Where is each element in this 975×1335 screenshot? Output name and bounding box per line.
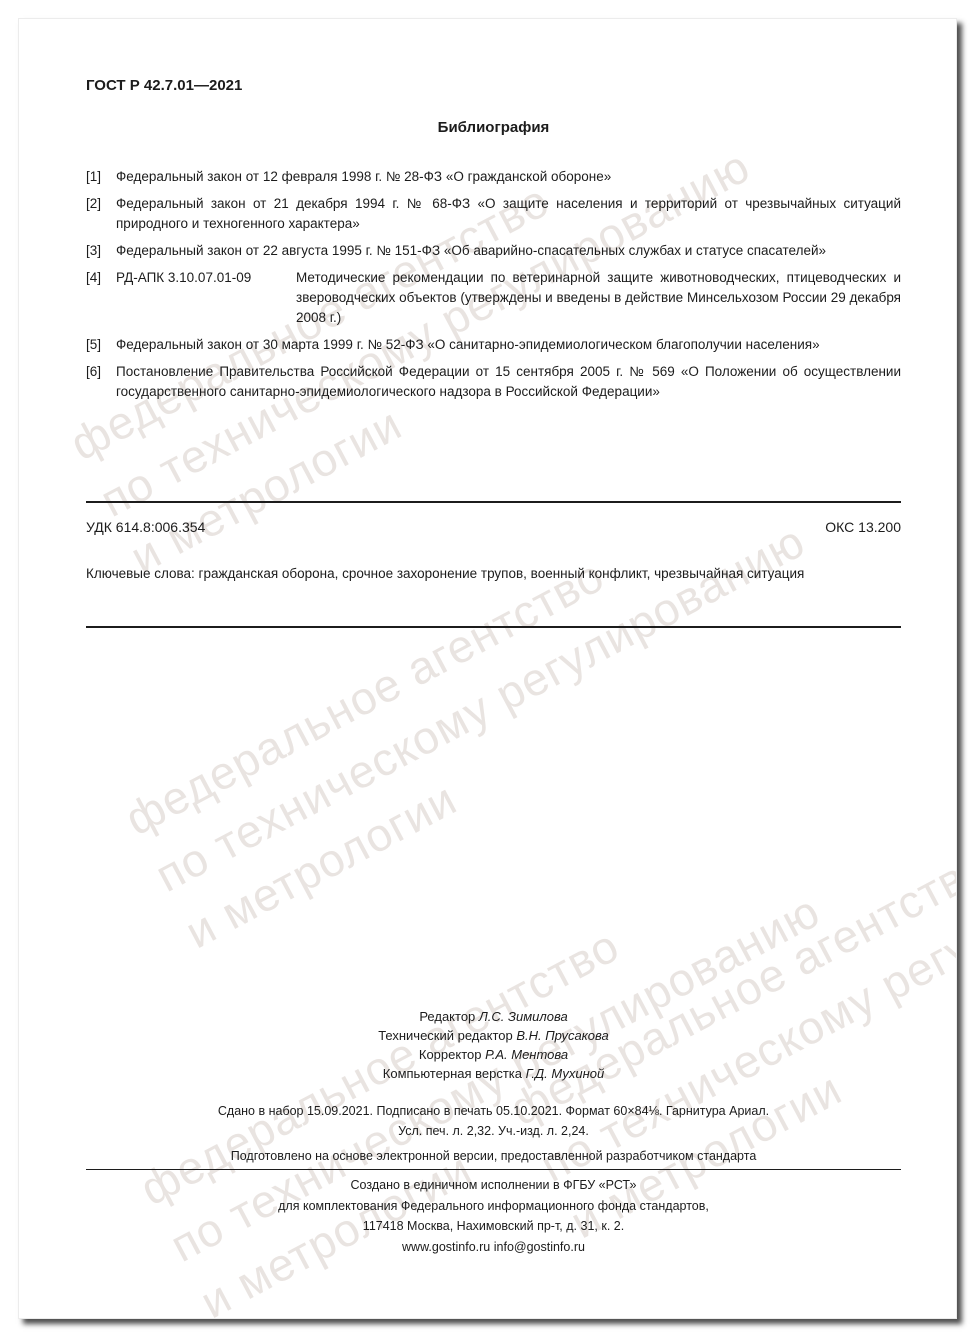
bibliography-list: [1] Федеральный закон от 12 февраля 1998… [86,167,901,409]
bibliography-item: [6] Постановление Правительства Российск… [86,362,901,402]
bibliography-item: [3] Федеральный закон от 22 августа 1995… [86,241,901,261]
credits-block: Редактор Л.С. Зимилова Технический редак… [86,1007,901,1083]
item-number: [2] [86,194,116,234]
horizontal-rule [86,501,901,503]
imprint-line: Сдано в набор 15.09.2021. Подписано в пе… [86,1101,901,1121]
classification-row: УДК 614.8:006.354 ОКС 13.200 [86,519,901,535]
publisher-line: для комплектования Федерального информац… [86,1196,901,1217]
credit-line: Редактор Л.С. Зимилова [86,1007,901,1026]
item-number: [1] [86,167,116,187]
horizontal-rule [86,1169,901,1170]
item-number: [5] [86,335,116,355]
horizontal-rule [86,626,901,628]
item-text: Федеральный закон от 22 августа 1995 г. … [116,241,901,261]
publisher-address: 117418 Москва, Нахимовский пр-т, д. 31, … [86,1216,901,1237]
section-title: Библиография [86,119,901,136]
item-text: Постановление Правительства Российской Ф… [116,362,901,402]
bibliography-item: [4] РД-АПК 3.10.07.01-09 Методические ре… [86,268,901,328]
bibliography-item: [1] Федеральный закон от 12 февраля 1998… [86,167,901,187]
item-text: Федеральный закон от 21 декабря 1994 г. … [116,194,901,234]
keywords: Ключевые слова: гражданская оборона, сро… [86,564,901,584]
publisher-line: Создано в единичном исполнении в ФГБУ «Р… [86,1175,901,1196]
publisher-block: Создано в единичном исполнении в ФГБУ «Р… [86,1175,901,1257]
publisher-web: www.gostinfo.ru info@gostinfo.ru [86,1237,901,1258]
credit-name: Р.А. Ментова [485,1047,568,1062]
credit-role: Корректор [419,1047,485,1062]
credit-role: Технический редактор [378,1028,516,1043]
item-number: [6] [86,362,116,402]
credit-role: Компьютерная верстка [383,1066,526,1081]
credit-name: В.Н. Прусакова [516,1028,608,1043]
bibliography-item: [2] Федеральный закон от 21 декабря 1994… [86,194,901,234]
credit-name: Л.С. Зимилова [479,1009,568,1024]
bibliography-item: [5] Федеральный закон от 30 марта 1999 г… [86,335,901,355]
credit-name: Г.Д. Мухиной [526,1066,605,1081]
item-text: Методические рекомендации по ветеринарно… [296,268,901,328]
item-number: [4] [86,268,116,328]
document-code: ГОСТ Р 42.7.01—2021 [86,77,901,94]
prepared-note: Подготовлено на основе электронной верси… [86,1149,901,1163]
credit-role: Редактор [419,1009,479,1024]
imprint-block: Сдано в набор 15.09.2021. Подписано в пе… [86,1101,901,1141]
item-text: Федеральный закон от 30 марта 1999 г. № … [116,335,901,355]
item-number: [3] [86,241,116,261]
imprint-line: Усл. печ. л. 2,32. Уч.-изд. л. 2,24. [86,1121,901,1141]
document-page: федеральное агентство по техническому ре… [18,18,957,1319]
item-text: Федеральный закон от 12 февраля 1998 г. … [116,167,901,187]
credit-line: Корректор Р.А. Ментова [86,1045,901,1064]
credit-line: Компьютерная верстка Г.Д. Мухиной [86,1064,901,1083]
udk-code: УДК 614.8:006.354 [86,519,205,535]
credit-line: Технический редактор В.Н. Прусакова [86,1026,901,1045]
item-code: РД-АПК 3.10.07.01-09 [116,268,296,328]
oks-code: ОКС 13.200 [825,519,901,535]
